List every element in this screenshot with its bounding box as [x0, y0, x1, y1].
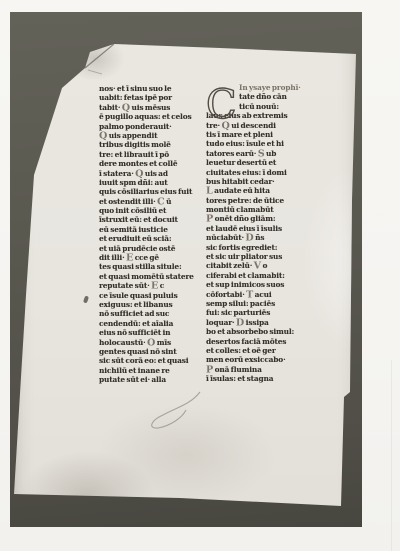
initial-letter: C — [206, 82, 237, 127]
lombard-initial: L — [206, 187, 213, 196]
text-line: ī īsulas: et stagna — [206, 374, 332, 383]
lombard-initial: P — [206, 365, 213, 374]
lombard-initial: O — [147, 338, 155, 347]
text-line: men eorū exsiccabo· — [206, 355, 332, 364]
lombard-initial: P — [206, 215, 213, 224]
text-line: cendendū: et aīalia — [99, 319, 201, 328]
illuminated-initial-C: C — [203, 81, 245, 127]
text-line: reputate sūt· Ec — [99, 281, 201, 290]
text-line: gentes quasi nō sint — [99, 347, 201, 356]
text-line: ciuitates eius: ī domi — [206, 168, 332, 177]
text-line: tis ī mare et pleni — [206, 130, 332, 139]
text-line: desertos faciā mōtes — [206, 337, 332, 346]
text-line: montiū clamabūt — [206, 205, 332, 214]
text-line: leuetur desertū et — [206, 158, 332, 167]
lombard-initial: Q — [99, 131, 107, 140]
text-line: tudo eius: īsule et hi — [206, 139, 332, 148]
text-column-left: nos· et ī sinu suo leuabit: fetas ipē po… — [99, 84, 201, 385]
text-line: eū semitā iusticie — [99, 225, 201, 234]
lombard-initial: T — [246, 290, 253, 299]
lombard-initial: V — [254, 262, 261, 271]
text-line: nos· et ī sinu suo le — [99, 84, 201, 93]
lombard-initial: Q — [135, 169, 143, 178]
text-line: holocaustū· Omīs — [99, 338, 201, 347]
text-line: tre: et librauit ī pō — [99, 150, 201, 159]
text-line: et sic uir pliator sus — [206, 252, 332, 261]
ink-blot — [83, 296, 89, 304]
text-line: sic fortis egrediet: — [206, 243, 332, 252]
lombard-initial: Q — [122, 103, 130, 112]
text-line: quo init cōsiliū et — [99, 206, 201, 215]
text-line: tores petre: de ūtice — [206, 196, 332, 205]
lombard-initial: D — [236, 318, 244, 327]
text-line: fui: sic parturiēs — [206, 308, 332, 317]
photo-dark-mount: nos· et ī sinu suo leuabit: fetas ipē po… — [10, 12, 362, 527]
lombard-initial: S — [258, 149, 265, 158]
text-column-right: In ysaye prophī·tate dño cānticū nouū:la… — [206, 83, 332, 384]
text-line: Laudate eū hita — [206, 186, 332, 195]
text-line: cōfortabi· Tacui — [206, 290, 332, 299]
text-line: citabit zelū· Vo — [206, 261, 332, 270]
text-line: Quis appendit — [99, 131, 201, 140]
manuscript-leaf: nos· et ī sinu suo leuabit: fetas ipē po… — [10, 12, 362, 527]
text-line: tatores earū· Sub — [206, 149, 332, 158]
text-line: dit illi· Ecce gē — [99, 253, 201, 262]
text-line: ciferabi et clamabit: — [206, 271, 332, 280]
text-line: ē pugillo aquas: et celos — [99, 112, 201, 121]
lombard-initial: E — [151, 282, 158, 291]
text-line: et ostendit illi· Cū — [99, 197, 201, 206]
text-line: et colles: et oē ger — [206, 346, 332, 355]
photo-print: nos· et ī sinu suo leuabit: fetas ipē po… — [0, 0, 400, 551]
text-line: tabit· Quis mēsus — [99, 103, 201, 112]
lombard-initial: C — [157, 197, 165, 206]
text-line: sic sūt corā eo: et quasi — [99, 356, 201, 365]
lombard-initial: D — [245, 234, 253, 243]
text-line: et laudē eius ī īsulis — [206, 224, 332, 233]
text-line: īstruxit eū: et docuit — [99, 215, 201, 224]
text-line: nichilū et inane re — [99, 366, 201, 375]
text-line: iuuit spm dñi: aut — [99, 178, 201, 187]
text-line: Ponā flumina — [206, 365, 332, 374]
text-line: et uiā prudēcie ostē — [99, 244, 201, 253]
text-line: nō sufficiet ad suc — [99, 309, 201, 318]
text-line: nūciabūt· Dñs — [206, 233, 332, 242]
text-line: ī statera· Quis ad — [99, 169, 201, 178]
text-line: et sup inimicos suos — [206, 280, 332, 289]
text-line: dere montes et collē — [99, 159, 201, 168]
text-line: tribus digitis molē — [99, 140, 201, 149]
text-line: loquar· Dissipa — [206, 318, 332, 327]
text-line: et quasi momētū statere — [99, 272, 201, 281]
lombard-initial: E — [126, 253, 133, 262]
text-line: bo et absorbebo simul: — [206, 327, 332, 336]
text-line: tes quasi stilla situle: — [99, 262, 201, 271]
text-line: semp silui: paciēs — [206, 299, 332, 308]
text-line: uabit: fetas ipē por — [99, 93, 201, 102]
text-line: putate sūt ei· alla — [99, 375, 201, 384]
text-line: ce īsule quasi puluis — [99, 291, 201, 300]
paper-crease — [391, 360, 392, 551]
text-line: palmo ponderauit· — [99, 122, 201, 131]
text-line: et erudiuit eū sciā: — [99, 234, 201, 243]
text-line: bus hitabit cedar· — [206, 177, 332, 186]
text-line: Ponēt dño gliām: — [206, 214, 332, 223]
text-line: exiguus: et libanus — [99, 300, 201, 309]
text-line: quis cōsiliarius eius fuit — [99, 187, 201, 196]
